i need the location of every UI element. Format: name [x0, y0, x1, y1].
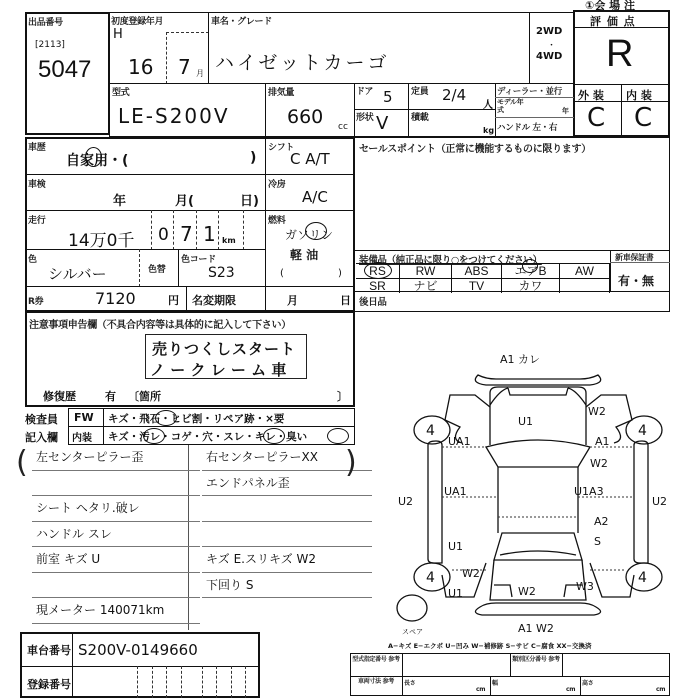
damage-mark-left-side: U2 [398, 495, 413, 508]
car-name-label: 車名・グレード [211, 14, 272, 27]
damage-mark-hood: U1 [518, 415, 533, 428]
load-label: 積載 [411, 110, 428, 123]
damage-mark-right-rear-quarter: A2 [594, 515, 609, 528]
equipment-item[interactable]: RW [400, 263, 452, 278]
mileage-prefix: 14万0千 [68, 226, 134, 251]
damage-mark-right-front-door: A1 [595, 435, 610, 448]
damage-legend: A−キズ E−エクボ U−凹み W−補修跡 S−サビ C−腐食 XX−交換済 [388, 641, 591, 650]
car-name-value: ハイゼットカーゴ [215, 48, 389, 75]
stamp-line-2: ノ ー ク レ ー ム 車 [150, 359, 286, 380]
mileage-unit: km [222, 236, 236, 245]
length-unit: cm [476, 686, 485, 693]
repair-close: 〕 [337, 388, 348, 404]
drive-4wd[interactable]: 4WD [536, 51, 562, 62]
color-code-value: S23 [208, 265, 235, 281]
width-label: 幅 [492, 678, 498, 687]
fuel-paren-open: ( [280, 268, 284, 279]
drive-2wd[interactable]: 2WD [536, 26, 562, 37]
handwritten-note-line [202, 496, 372, 522]
shift-value: C A/T [290, 150, 330, 168]
lot-sub-number: [2113] [35, 40, 65, 50]
damage-mark-left-rear-corner: U1 [448, 587, 463, 600]
damage-mark-right-rear-quarter-lower: S [594, 535, 601, 548]
damage-mark-rear-bumper: A1 W2 [518, 622, 554, 635]
name-change-day: 日 [340, 292, 351, 308]
first-registration-era: H [113, 27, 123, 42]
ac-value: A/C [302, 188, 328, 206]
month-unit: 月 [196, 68, 204, 79]
body-shape-label: 形状 [356, 110, 373, 123]
color-code-label: 色コード [181, 252, 216, 265]
notes-label: 注意事項申告欄（不具合内容等は具体的に記入して下さい） [29, 316, 291, 331]
handwritten-note-line: 前室 キズ U [32, 547, 200, 573]
damage-mark-right-side: U2 [652, 495, 667, 508]
equipment-item[interactable]: ABS [452, 263, 502, 278]
damage-mark-front-bumper: A1 カレ [500, 353, 540, 366]
fuel-selected-circle [305, 222, 327, 240]
displacement-unit: cc [338, 122, 348, 132]
usage-close: ) [250, 150, 256, 166]
stamp-line-1: 売りつくしスタート [152, 338, 296, 359]
mileage-label: 走行 [28, 213, 45, 226]
inspection-day: 日) [240, 190, 259, 209]
damage-mark-right-rear-lower: W3 [576, 580, 594, 593]
damage-mark-tailgate: W2 [518, 585, 536, 598]
color-value: シルバー [48, 263, 107, 284]
handwritten-note-line [32, 573, 200, 599]
lot-number: 5047 [38, 56, 91, 84]
fuel-label: 燃料 [268, 213, 285, 226]
repair-place: 〔箇所 [128, 388, 161, 404]
damage-mark-front-right-fender: W2 [588, 405, 606, 418]
damage-mark-spare: スペア [402, 628, 423, 635]
mileage-digit-1: 0 [158, 225, 169, 245]
handwritten-note-line [202, 522, 372, 548]
fuel-diesel[interactable]: 軽 油 [290, 246, 318, 263]
name-change-label: 名変期限 [192, 292, 236, 308]
selected-circle [522, 259, 538, 273]
handle-label[interactable]: ハンドル 左・右 [497, 121, 557, 133]
recycle-unit: 円 [168, 292, 179, 308]
handwritten-note-line: キズ E.スリキズ W2 [202, 547, 372, 573]
displacement-label: 排気量 [268, 85, 294, 98]
damage-mark-left-front-door: UA1 [448, 435, 471, 448]
mileage-digit-2: 7 [180, 222, 193, 246]
later-items-label: 後日品 [359, 294, 387, 308]
warranty-value[interactable]: 有・無 [618, 272, 654, 289]
damage-mark-right-rear-door: U1A3 [574, 485, 604, 498]
model-year-unit: 年 [562, 106, 569, 116]
type-approval-label: 型式指定番号 参考 [352, 656, 400, 664]
height-label: 高さ [582, 678, 593, 687]
model-label: 型式 [112, 85, 129, 98]
fuel-paren-close: ) [338, 268, 342, 279]
inspector-label-1: 検査員 [25, 411, 58, 427]
repair-label: 修復歴 [43, 388, 76, 404]
width-unit: cm [566, 686, 575, 693]
displacement-value: 660 [287, 106, 323, 128]
damage-mark-tire-rl: 4 [426, 570, 435, 586]
body-shape-value: V [376, 113, 388, 134]
model-value: LE-S200V [118, 104, 230, 128]
damage-mark-tire-fr: 4 [638, 423, 647, 439]
handwritten-note-line: 現メーター 140071km [32, 598, 200, 624]
recycle-value: 7120 [95, 289, 136, 308]
name-change-month: 月 [287, 292, 298, 308]
handwritten-note-line: 左センターピラー歪 [32, 445, 200, 471]
chassis-label: 車台番号 [27, 642, 71, 658]
height-unit: cm [656, 686, 665, 693]
doors-label: ドア [356, 84, 373, 97]
handwritten-note-line: ハンドル スレ [32, 522, 200, 548]
lot-number-label: 出品番号 [28, 15, 63, 28]
fw-label: FW [74, 411, 94, 424]
first-registration-year: 16 [128, 55, 153, 79]
inspection-label: 車検 [28, 177, 45, 190]
inspector-label-2: 記入欄 [25, 429, 58, 445]
ac-label: 冷房 [268, 177, 285, 190]
inspection-month: 月( [175, 190, 194, 209]
equipment-item[interactable]: AW [560, 263, 610, 278]
first-registration-label: 初度登録年月 [111, 14, 163, 27]
damage-mark-tire-rr: 4 [638, 570, 647, 586]
dealer-label[interactable]: ディーラー・並行 [497, 85, 562, 97]
damage-mark-left-rear-lower: W2 [462, 567, 480, 580]
interior-grade: C [634, 103, 652, 133]
model-year-label: モデル年式 [497, 98, 527, 114]
handwritten-note-line: シート ヘタリ.破レ [32, 496, 200, 522]
exterior-grade: C [587, 103, 605, 133]
drive-dot: ・ [547, 38, 556, 51]
chassis-value: S200V-0149660 [78, 641, 198, 659]
color-change-label: 色替 [148, 262, 165, 275]
score-value: R [606, 33, 633, 76]
load-unit: kg [483, 126, 494, 135]
color-label: 色 [28, 252, 37, 265]
usage-label: 車歴 [28, 140, 45, 153]
dimensions-label: 車両寸法 参考 [352, 678, 400, 686]
selected-circle [364, 262, 392, 279]
length-label: 長さ [404, 678, 415, 687]
car-damage-diagram: A1 カレU1W2UA1A1W2UA1U1A3U2U2A2SU1W2W3W2U1… [390, 345, 690, 635]
handwritten-note-line: 下回り S [202, 573, 372, 599]
later-items-box [354, 291, 670, 312]
class-label: 類別区分番号 参考 [512, 656, 560, 664]
equipment-grid: RSRWABSエアBAWSRナビTVカワ [356, 263, 610, 293]
damage-mark-left-rear-quarter: U1 [448, 540, 463, 553]
sales-point-label: セールスポイント（正常に機能するものに限ります） [359, 140, 591, 155]
damage-mark-right-front-door-lower: W2 [590, 457, 608, 470]
recycle-label: R券 [28, 294, 43, 307]
fw-items: キズ・飛石・ヒビ割・リペア跡・×要 [108, 411, 284, 426]
mileage-digit-3: 1 [203, 222, 216, 246]
damage-mark-tire-fl: 4 [426, 423, 435, 439]
repair-value: 有 [105, 388, 116, 404]
capacity-label: 定員 [411, 84, 428, 97]
inspection-year: 年 [113, 190, 126, 209]
interior-inspect-label: 内装 [72, 429, 92, 444]
first-registration-month: 7 [178, 55, 191, 79]
doors-value: 5 [383, 88, 393, 106]
damage-mark-left-rear-door: UA1 [444, 485, 467, 498]
capacity-value: 2/4 [442, 86, 466, 104]
registration-label: 登録番号 [27, 676, 71, 692]
handwritten-note-line [32, 471, 200, 497]
usage-circle [85, 147, 102, 167]
